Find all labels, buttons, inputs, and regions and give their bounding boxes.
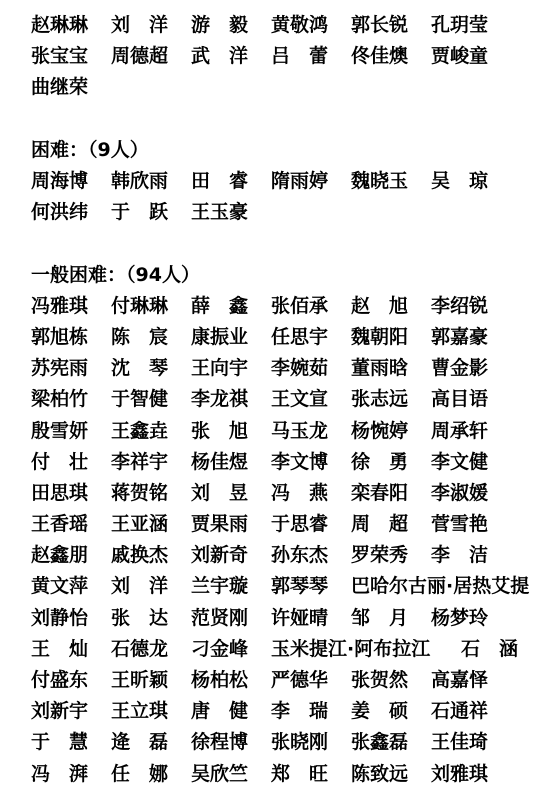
name-cell: 刘静怡 <box>31 603 111 630</box>
name-cell: 孔玥莹 <box>431 10 511 37</box>
name-cell: 巴哈尔古丽·居热艾提 <box>351 571 541 598</box>
name-cell: 周海博 <box>31 166 111 193</box>
name-cell: 姜 硕 <box>351 696 431 723</box>
name-row: 刘新宇王立琪唐 健李 瑞姜 硕石通祥 <box>31 694 555 725</box>
name-cell: 郭旭栋 <box>31 322 111 349</box>
name-cell: 戚换杰 <box>111 540 191 567</box>
name-cell: 曲继荣 <box>31 72 111 99</box>
name-cell: 范贤刚 <box>191 603 271 630</box>
name-cell: 游 毅 <box>191 10 271 37</box>
name-cell: 任 娜 <box>111 759 191 786</box>
name-cell: 王亚涵 <box>111 509 191 536</box>
name-cell: 贾峻童 <box>431 41 511 68</box>
name-cell: 李龙祺 <box>191 384 271 411</box>
name-cell: 隋雨婷 <box>271 166 351 193</box>
name-row: 冯 湃任 娜吴欣竺郑 旺陈致远刘雅琪 <box>31 757 555 788</box>
name-cell: 张宝宝 <box>31 41 111 68</box>
name-cell: 康振业 <box>191 322 271 349</box>
name-cell: 吴欣竺 <box>191 759 271 786</box>
name-cell: 张晓刚 <box>271 727 351 754</box>
name-cell: 李绍锐 <box>431 291 511 318</box>
name-cell: 蒋贺铭 <box>111 478 191 505</box>
name-cell: 玉米提江·阿布拉江 <box>271 634 461 661</box>
name-cell: 冯 燕 <box>271 478 351 505</box>
name-cell: 于 慧 <box>31 727 111 754</box>
name-row: 苏宪雨沈 琴王向宇李婉茹董雨晗曹金影 <box>31 351 555 382</box>
name-cell: 王立琪 <box>111 696 191 723</box>
name-cell: 菅雪艳 <box>431 509 511 536</box>
name-cell: 赵鑫朋 <box>31 540 111 567</box>
name-roster: 赵琳琳刘 洋游 毅黄敬鸿郭长锐孔玥莹张宝宝周德超武 洋吕 蕾佟佳燠贾峻童曲继荣困… <box>0 0 555 788</box>
name-cell: 冯雅琪 <box>31 291 111 318</box>
name-cell: 张佰承 <box>271 291 351 318</box>
name-cell: 徐 勇 <box>351 447 431 474</box>
name-cell: 任思宇 <box>271 322 351 349</box>
name-cell: 冯 湃 <box>31 759 111 786</box>
name-cell: 李婉茹 <box>271 353 351 380</box>
name-cell: 赵 旭 <box>351 291 431 318</box>
name-cell: 刘 昱 <box>191 478 271 505</box>
name-cell: 王向宇 <box>191 353 271 380</box>
name-cell: 许娅晴 <box>271 603 351 630</box>
name-cell: 罗荣秀 <box>351 540 431 567</box>
name-cell: 魏晓玉 <box>351 166 431 193</box>
name-row: 刘静怡张 达范贤刚许娅晴邹 月杨梦玲 <box>31 601 555 632</box>
name-cell: 石德龙 <box>111 634 191 661</box>
name-cell: 徐程博 <box>191 727 271 754</box>
name-cell: 孙东杰 <box>271 540 351 567</box>
name-cell: 赵琳琳 <box>31 10 111 37</box>
name-cell: 王香瑶 <box>31 509 111 536</box>
name-cell: 郭琴琴 <box>271 571 351 598</box>
name-row: 何洪纬于 跃王玉豪 <box>31 195 555 226</box>
name-cell: 黄文萍 <box>31 571 111 598</box>
name-cell: 殷雪妍 <box>31 416 111 443</box>
name-cell: 黄敬鸿 <box>271 10 351 37</box>
name-cell: 吴 琼 <box>431 166 511 193</box>
name-row: 殷雪妍王鑫垚张 旭马玉龙杨惋婷周承轩 <box>31 413 555 444</box>
name-cell: 苏宪雨 <box>31 353 111 380</box>
name-cell: 周承轩 <box>431 416 511 443</box>
name-cell: 陈 宸 <box>111 322 191 349</box>
name-cell: 王昕颖 <box>111 665 191 692</box>
name-cell: 栾春阳 <box>351 478 431 505</box>
name-cell: 董雨晗 <box>351 353 431 380</box>
name-row: 付盛东王昕颖杨柏松严德华张贺然高嘉怿 <box>31 663 555 694</box>
name-cell: 吕 蕾 <box>271 41 351 68</box>
name-cell: 梁柏竹 <box>31 384 111 411</box>
name-row: 周海博韩欣雨田 睿隋雨婷魏晓玉吴 琼 <box>31 164 555 195</box>
name-cell: 刘新奇 <box>191 540 271 567</box>
name-row: 郭旭栋陈 宸康振业任思宇魏朝阳郭嘉豪 <box>31 320 555 351</box>
name-cell: 周 超 <box>351 509 431 536</box>
name-cell: 张 达 <box>111 603 191 630</box>
section-header: 一般困难：（94人） <box>31 258 555 289</box>
name-cell: 兰宇璇 <box>191 571 271 598</box>
name-row: 冯雅琪付琳琳薛 鑫张佰承赵 旭李绍锐 <box>31 289 555 320</box>
name-cell: 郭嘉豪 <box>431 322 511 349</box>
name-cell: 张贺然 <box>351 665 431 692</box>
name-cell: 刁金峰 <box>191 634 271 661</box>
name-cell: 魏朝阳 <box>351 322 431 349</box>
name-cell: 李文健 <box>431 447 511 474</box>
name-row: 付 壮李祥宇杨佳煜李文博徐 勇李文健 <box>31 445 555 476</box>
name-cell: 韩欣雨 <box>111 166 191 193</box>
name-cell: 贾果雨 <box>191 509 271 536</box>
name-cell: 李文博 <box>271 447 351 474</box>
name-cell: 王鑫垚 <box>111 416 191 443</box>
name-row: 黄文萍刘 洋兰宇璇郭琴琴巴哈尔古丽·居热艾提 <box>31 569 555 600</box>
name-cell: 杨惋婷 <box>351 416 431 443</box>
name-cell: 杨梦玲 <box>431 603 511 630</box>
name-cell: 付 壮 <box>31 447 111 474</box>
name-cell: 石通祥 <box>431 696 511 723</box>
name-row: 王香瑶王亚涵贾果雨于思睿周 超菅雪艳 <box>31 507 555 538</box>
name-cell: 张志远 <box>351 384 431 411</box>
name-cell: 曹金影 <box>431 353 511 380</box>
name-cell: 周德超 <box>111 41 191 68</box>
name-cell: 张鑫磊 <box>351 727 431 754</box>
name-cell: 于 跃 <box>111 197 191 224</box>
document-page: 赵琳琳刘 洋游 毅黄敬鸿郭长锐孔玥莹张宝宝周德超武 洋吕 蕾佟佳燠贾峻童曲继荣困… <box>0 0 555 792</box>
name-row: 田思琪蒋贺铭刘 昱冯 燕栾春阳李淑媛 <box>31 476 555 507</box>
name-cell: 严德华 <box>271 665 351 692</box>
name-row: 王 灿石德龙刁金峰玉米提江·阿布拉江石 涵 <box>31 632 555 663</box>
name-row: 梁柏竹于智健李龙祺王文宣张志远高目语 <box>31 382 555 413</box>
name-cell: 李淑媛 <box>431 478 511 505</box>
section-header: 困难：（9人） <box>31 133 555 164</box>
name-cell: 唐 健 <box>191 696 271 723</box>
name-cell: 邹 月 <box>351 603 431 630</box>
name-cell: 佟佳燠 <box>351 41 431 68</box>
name-cell: 田思琪 <box>31 478 111 505</box>
name-cell: 王玉豪 <box>191 197 271 224</box>
name-cell: 张 旭 <box>191 416 271 443</box>
name-cell: 刘新宇 <box>31 696 111 723</box>
name-cell: 王文宣 <box>271 384 351 411</box>
name-cell: 李 瑞 <box>271 696 351 723</box>
name-cell: 王 灿 <box>31 634 111 661</box>
name-cell: 郑 旺 <box>271 759 351 786</box>
name-cell: 于思睿 <box>271 509 351 536</box>
name-row: 于 慧逄 磊徐程博张晓刚张鑫磊王佳琦 <box>31 725 555 756</box>
name-cell: 刘 洋 <box>111 10 191 37</box>
name-cell: 于智健 <box>111 384 191 411</box>
name-cell: 沈 琴 <box>111 353 191 380</box>
name-cell: 薛 鑫 <box>191 291 271 318</box>
name-cell: 李 洁 <box>431 540 511 567</box>
name-row: 赵琳琳刘 洋游 毅黄敬鸿郭长锐孔玥莹 <box>31 8 555 39</box>
name-cell: 杨佳煜 <box>191 447 271 474</box>
name-cell: 李祥宇 <box>111 447 191 474</box>
name-cell: 高嘉怿 <box>431 665 511 692</box>
name-cell: 付盛东 <box>31 665 111 692</box>
name-cell: 刘雅琪 <box>431 759 511 786</box>
name-cell: 石 涵 <box>461 634 541 661</box>
name-cell: 刘 洋 <box>111 571 191 598</box>
name-cell: 杨柏松 <box>191 665 271 692</box>
name-cell: 逄 磊 <box>111 727 191 754</box>
name-cell: 武 洋 <box>191 41 271 68</box>
name-row: 曲继荣 <box>31 70 555 101</box>
name-cell: 付琳琳 <box>111 291 191 318</box>
name-cell: 田 睿 <box>191 166 271 193</box>
name-cell: 陈致远 <box>351 759 431 786</box>
name-cell: 高目语 <box>431 384 511 411</box>
name-row: 赵鑫朋戚换杰刘新奇孙东杰罗荣秀李 洁 <box>31 538 555 569</box>
name-cell: 何洪纬 <box>31 197 111 224</box>
name-cell: 王佳琦 <box>431 727 511 754</box>
name-row: 张宝宝周德超武 洋吕 蕾佟佳燠贾峻童 <box>31 39 555 70</box>
name-cell: 马玉龙 <box>271 416 351 443</box>
name-cell: 郭长锐 <box>351 10 431 37</box>
